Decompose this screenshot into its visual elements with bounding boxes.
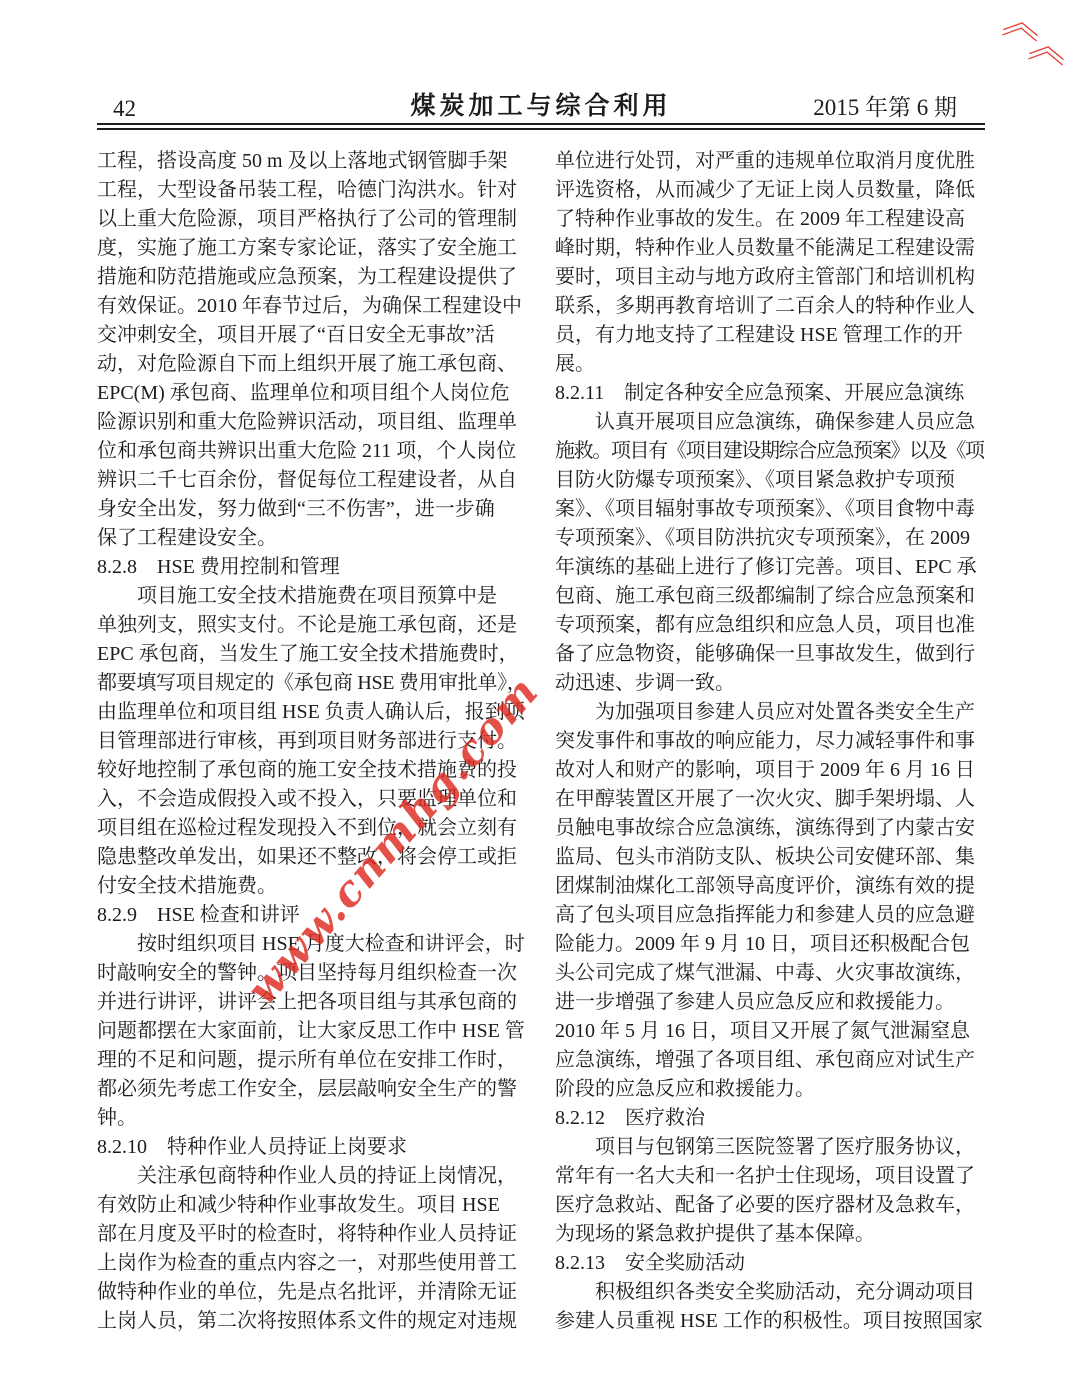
text-line: 为加强项目参建人员应对处置各类安全生产 (555, 698, 985, 727)
text-line: 了特种作业事故的发生。在 2009 年工程建设高 (555, 205, 985, 234)
section-heading: 8.2.11 制定各种安全应急预案、开展应急演练 (555, 379, 985, 408)
text-line: 项目与包钢第三医院签署了医疗服务协议， (555, 1133, 985, 1162)
text-line: 辨识二千七百余份，督促每位工程建设者，从自 (97, 466, 527, 495)
text-line: EPC 承包商，当发生了施工安全技术措施费时， (97, 640, 527, 669)
text-line: 备了应急物资，能够确保一旦事故发生，做到行 (555, 640, 985, 669)
text-line: 年演练的基础上进行了修订完善。项目、EPC 承 (555, 553, 985, 582)
text-line: 较好地控制了承包商的施工安全技术措施费的投 (97, 756, 527, 785)
text-line: 联系，多期再教育培训了二百余人的特种作业人 (555, 292, 985, 321)
right-column: 单位进行处罚，对严重的违规单位取消月度优胜评选资格，从而减少了无证上岗人员数量，… (555, 147, 985, 1336)
text-line: 交冲刺安全，项目开展了“百日安全无事故”活 (97, 321, 527, 350)
text-line: 目管理部进行审核，再到项目财务部进行支付。 (97, 727, 527, 756)
text-line: 工程，大型设备吊装工程，哈德门沟洪水。针对 (97, 176, 527, 205)
section-heading: 8.2.13 安全奖励活动 (555, 1249, 985, 1278)
text-line: 为现场的紧急救护提供了基本保障。 (555, 1220, 985, 1249)
text-line: 险能力。2009 年 9 月 10 日，项目还积极配合包 (555, 930, 985, 959)
text-line: 阶段的应急反应和救援能力。 (555, 1075, 985, 1104)
text-line: 突发事件和事故的响应能力，尽力减轻事件和事 (555, 727, 985, 756)
text-line: 项目施工安全技术措施费在项目预算中是 (97, 582, 527, 611)
text-line: 工程，搭设高度 50 m 及以上落地式钢管脚手架 (97, 147, 527, 176)
text-line: 身安全出发，努力做到“三不伤害”，进一步确 (97, 495, 527, 524)
text-line: 上岗人员，第二次将按照体系文件的规定对违规 (97, 1307, 527, 1336)
text-line: 时敲响安全的警钟。项目坚持每月组织检查一次 (97, 959, 527, 988)
text-line: 险源识别和重大危险辨识活动，项目组、监理单 (97, 408, 527, 437)
text-line: 2010 年 5 月 16 日，项目又开展了氮气泄漏窒息 (555, 1017, 985, 1046)
red-chevron-icon: 《 (999, 0, 1043, 43)
text-line: 评选资格，从而减少了无证上岗人员数量，降低 (555, 176, 985, 205)
text-line: 团煤制油煤化工部领导高度评价，演练有效的提 (555, 872, 985, 901)
text-line: 高了包头项目应急指挥能力和参建人员的应急避 (555, 901, 985, 930)
text-line: 包商、施工承包商三级都编制了综合应急预案和 (555, 582, 985, 611)
text-line: 位和承包商共辨识出重大危险 211 项，个人岗位 (97, 437, 527, 466)
page-number: 42 (97, 96, 277, 122)
article-body: 工程，搭设高度 50 m 及以上落地式钢管脚手架工程，大型设备吊装工程，哈德门沟… (97, 147, 985, 1336)
page-header: 42 煤炭加工与综合利用 2015 年第 6 期 (97, 88, 985, 122)
text-line: 目防火防爆专项预案》、《项目紧急救护专项预 (555, 466, 985, 495)
text-line: 案》、《项目辐射事故专项预案》、《项目食物中毒 (555, 495, 985, 524)
text-line: 专项预案，都有应急组织和应急人员，项目也准 (555, 611, 985, 640)
text-line: 故对人和财产的影响，项目于 2009 年 6 月 16 日 (555, 756, 985, 785)
section-heading: 8.2.12 医疗救治 (555, 1104, 985, 1133)
text-line: 积极组织各类安全奖励活动，充分调动项目 (555, 1278, 985, 1307)
text-line: 认真开展项目应急演练，确保参建人员应急 (555, 408, 985, 437)
text-line: 措施和防范措施或应急预案，为工程建设提供了 (97, 263, 527, 292)
text-line: 付安全技术措施费。 (97, 872, 527, 901)
text-line: 施救。项目有《项目建设期综合应急预案》以及《项 (555, 437, 985, 466)
text-line: 理的不足和问题，提示所有单位在安排工作时， (97, 1046, 527, 1075)
section-heading: 8.2.8 HSE 费用控制和管理 (97, 553, 527, 582)
text-line: 要时，项目主动与地方政府主管部门和培训机构 (555, 263, 985, 292)
text-line: 峰时期，特种作业人员数量不能满足工程建设需 (555, 234, 985, 263)
text-line: 入，不会造成假投入或不投入，只要监理单位和 (97, 785, 527, 814)
text-line: 员，有力地支持了工程建设 HSE 管理工作的开 (555, 321, 985, 350)
text-line: 头公司完成了煤气泄漏、中毒、火灾事故演练， (555, 959, 985, 988)
text-line: 都必须先考虑工作安全，层层敲响安全生产的警 (97, 1075, 527, 1104)
text-line: 钟。 (97, 1104, 527, 1133)
text-line: 有效保证。2010 年春节过后，为确保工程建设中 (97, 292, 527, 321)
text-line: 有效防止和减少特种作业事故发生。项目 HSE (97, 1191, 527, 1220)
text-line: 都要填写项目规定的《承包商 HSE 费用审批单》， (97, 669, 527, 698)
text-line: 展。 (555, 350, 985, 379)
text-line: 按时组织项目 HSE 月度大检查和讲评会，时 (97, 930, 527, 959)
text-line: 项目组在巡检过程发现投入不到位，就会立刻有 (97, 814, 527, 843)
journal-title: 煤炭加工与综合利用 (277, 86, 805, 122)
text-line: 应急演练，增强了各项目组、承包商应对试生产 (555, 1046, 985, 1075)
text-line: 员触电事故综合应急演练，演练得到了内蒙古安 (555, 814, 985, 843)
section-heading: 8.2.9 HSE 检查和讲评 (97, 901, 527, 930)
text-line: 保了工程建设安全。 (97, 524, 527, 553)
corner-stamp-icon: 《 《 (996, 0, 1072, 90)
text-line: 在甲醇装置区开展了一次火灾、脚手架坍塌、人 (555, 785, 985, 814)
header-divider (97, 123, 985, 130)
text-line: 进一步增强了参建人员应急反应和救援能力。 (555, 988, 985, 1017)
document-page: 42 煤炭加工与综合利用 2015 年第 6 期 工程，搭设高度 50 m 及以… (0, 0, 1072, 1397)
text-line: 单独列支，照实支付。不论是施工承包商，还是 (97, 611, 527, 640)
text-line: 参建人员重视 HSE 工作的积极性。项目按照国家 (555, 1307, 985, 1336)
text-line: 医疗急救站、配备了必要的医疗器材及急救车， (555, 1191, 985, 1220)
text-line: 监局、包头市消防支队、板块公司安健环部、集 (555, 843, 985, 872)
text-line: EPC(M) 承包商、监理单位和项目组个人岗位危 (97, 379, 527, 408)
text-line: 单位进行处罚，对严重的违规单位取消月度优胜 (555, 147, 985, 176)
text-line: 做特种作业的单位，先是点名批评，并清除无证 (97, 1278, 527, 1307)
text-line: 问题都摆在大家面前，让大家反思工作中 HSE 管 (97, 1017, 527, 1046)
section-heading: 8.2.10 特种作业人员持证上岗要求 (97, 1133, 527, 1162)
text-line: 由监理单位和项目组 HSE 负责人确认后，报到项 (97, 698, 527, 727)
text-line: 隐患整改单发出，如果还不整改，将会停工或拒 (97, 843, 527, 872)
text-line: 上岗作为检查的重点内容之一，对那些使用普工 (97, 1249, 527, 1278)
text-line: 常年有一名大夫和一名护士住现场，项目设置了 (555, 1162, 985, 1191)
red-chevron-icon: 《 (1025, 23, 1069, 67)
text-line: 动迅速、步调一致。 (555, 669, 985, 698)
issue-info: 2015 年第 6 期 (805, 89, 985, 122)
text-line: 度，实施了施工方案专家论证，落实了安全施工 (97, 234, 527, 263)
text-line: 并进行讲评，讲评会上把各项目组与其承包商的 (97, 988, 527, 1017)
text-line: 关注承包商特种作业人员的持证上岗情况， (97, 1162, 527, 1191)
text-line: 部在月度及平时的检查时，将特种作业人员持证 (97, 1220, 527, 1249)
text-line: 以上重大危险源，项目严格执行了公司的管理制 (97, 205, 527, 234)
text-line: 动，对危险源自下而上组织开展了施工承包商、 (97, 350, 527, 379)
text-line: 专项预案》、《项目防洪抗灾专项预案》，在 2009 (555, 524, 985, 553)
left-column: 工程，搭设高度 50 m 及以上落地式钢管脚手架工程，大型设备吊装工程，哈德门沟… (97, 147, 527, 1336)
